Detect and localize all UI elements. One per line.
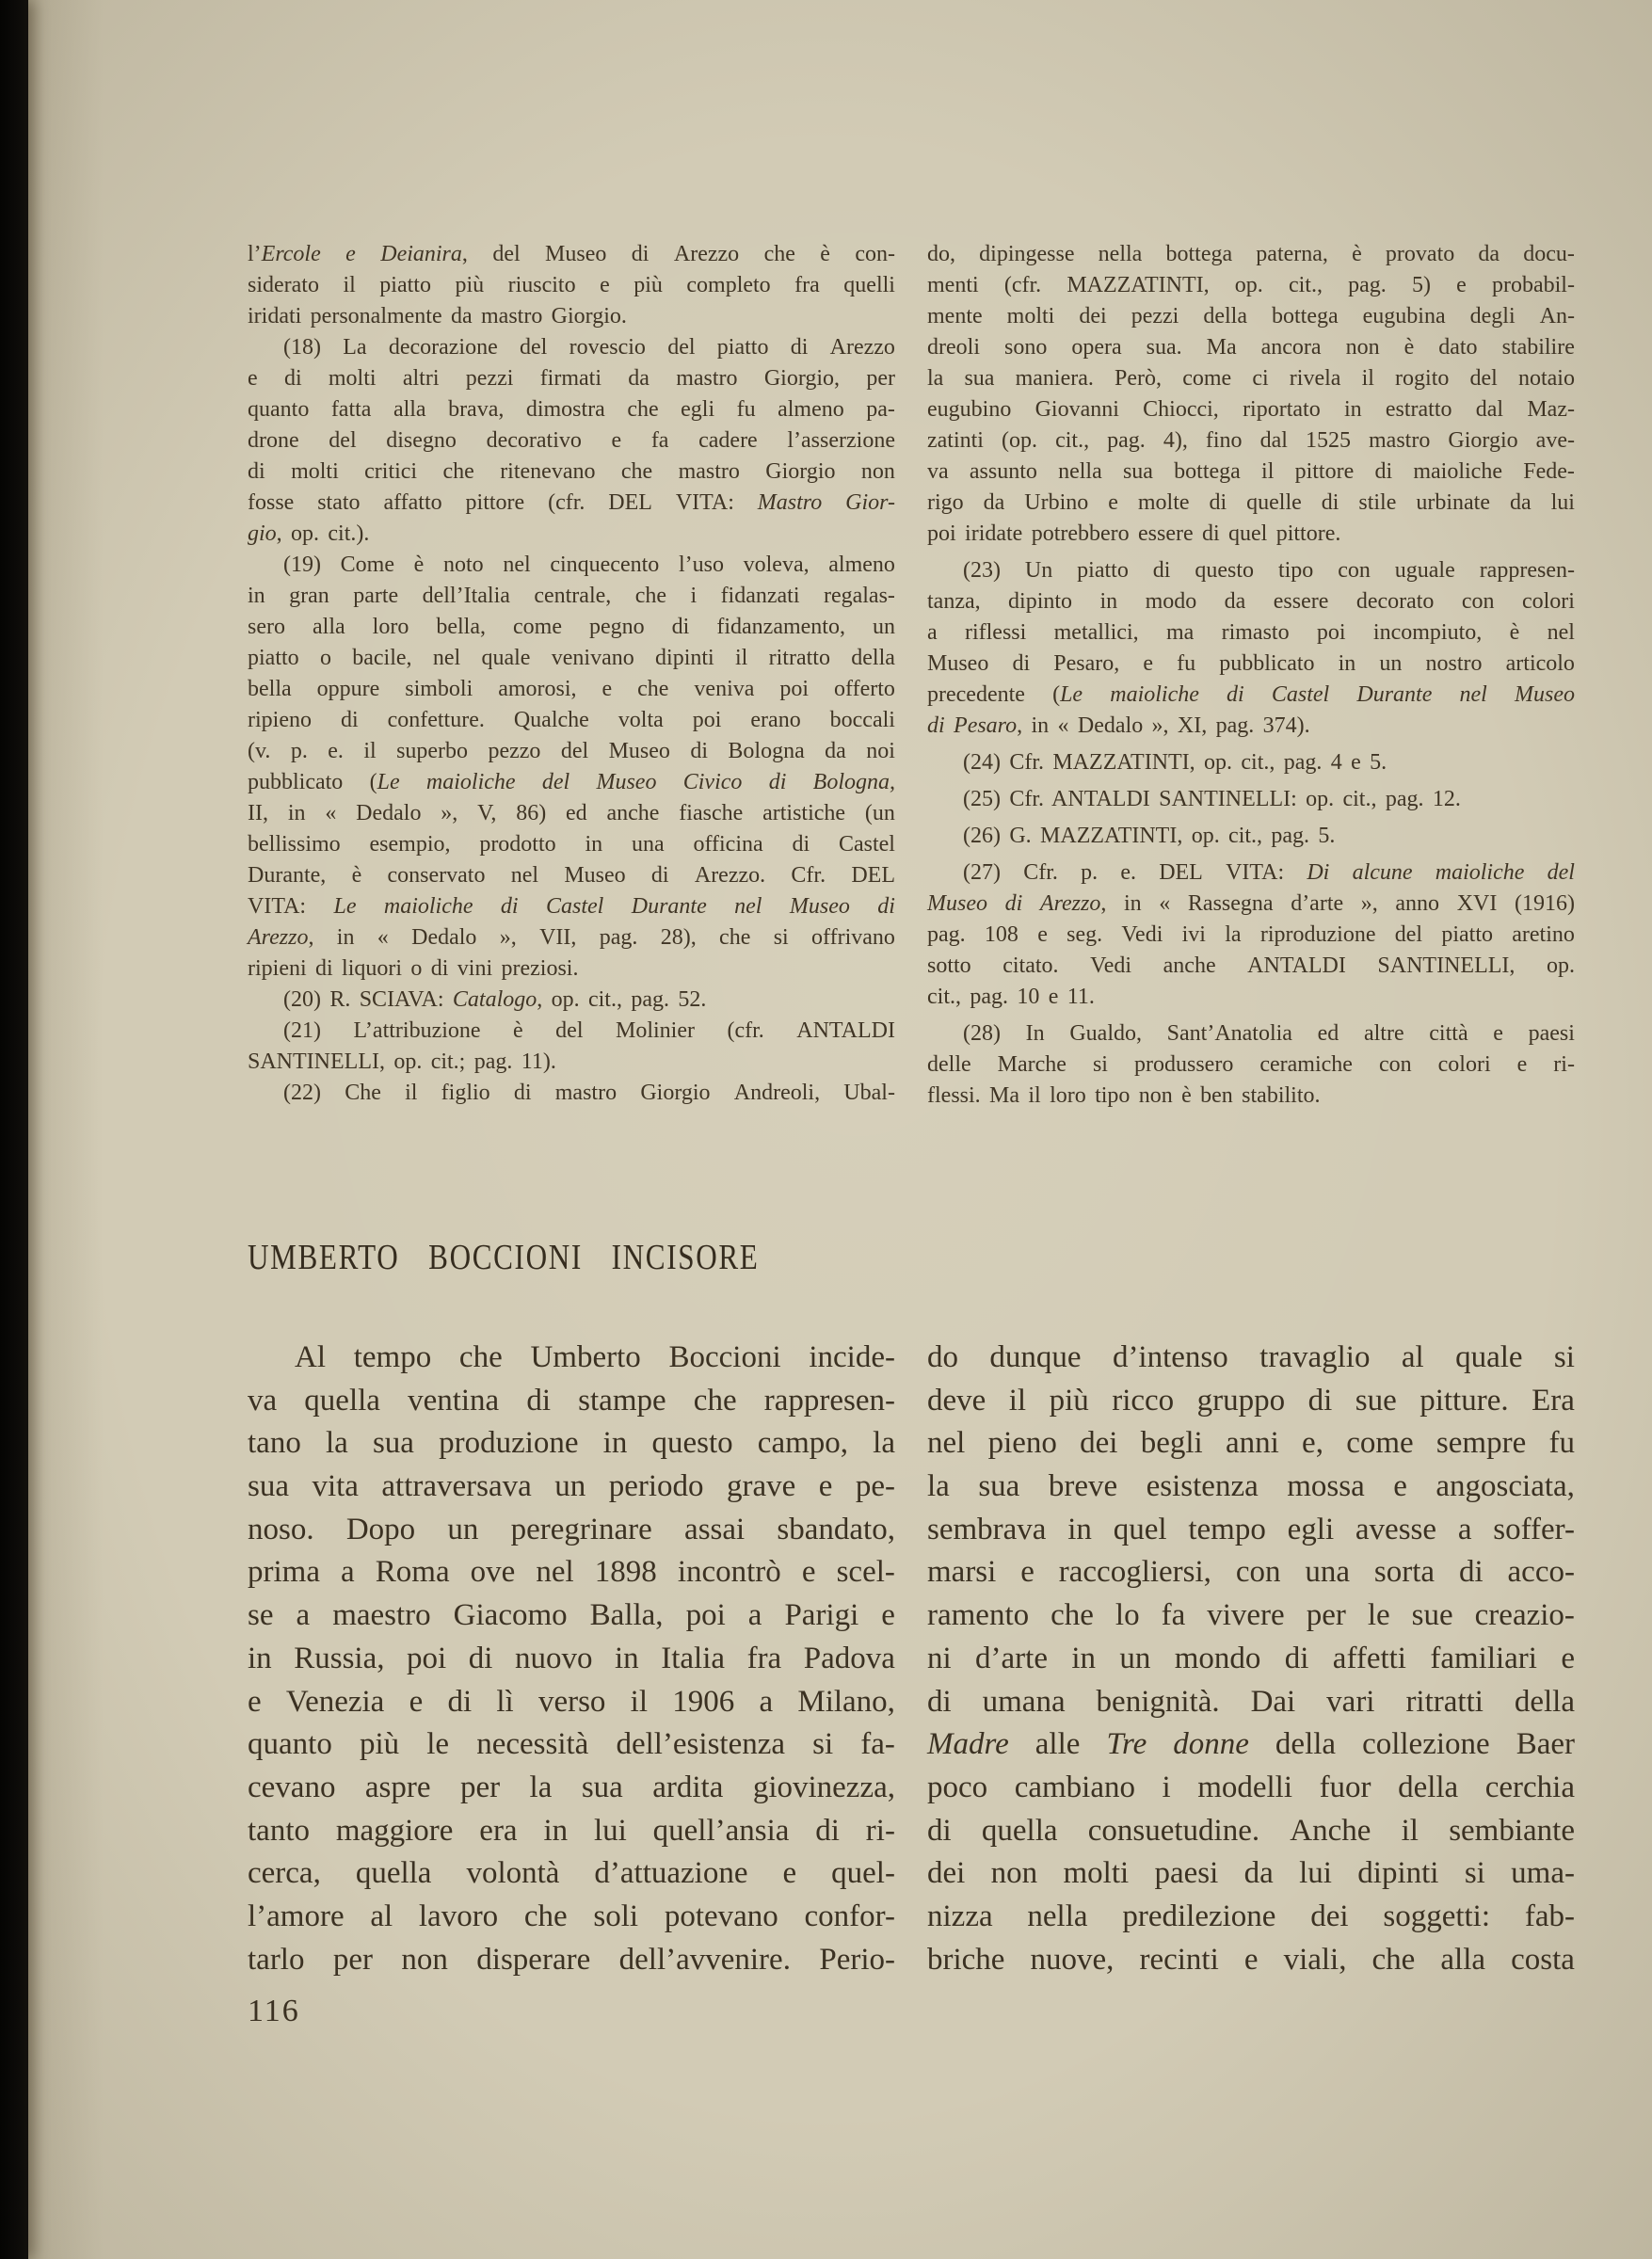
word: molti xyxy=(291,457,339,488)
word: opera xyxy=(1071,332,1121,363)
word: alla xyxy=(1440,1939,1485,1982)
word: (18) xyxy=(283,332,321,363)
text-line: lasuabreveesistenzamossaeangosciata, xyxy=(927,1466,1575,1509)
word: della xyxy=(851,643,895,674)
word: fab- xyxy=(1525,1896,1575,1939)
word: Parigi xyxy=(784,1594,858,1638)
text-line: eugubinoGiovanniChiocci,riportatoinestra… xyxy=(927,394,1575,425)
text-line: delleMarchesiprodusseroceramicheconcolor… xyxy=(927,1049,1575,1081)
text-line: iridati personalmente da mastro Giorgio. xyxy=(248,301,895,332)
word: umana xyxy=(983,1681,1066,1724)
word: un xyxy=(1119,1638,1150,1681)
word: sua xyxy=(373,1422,414,1466)
word: firmati xyxy=(540,363,601,394)
word: molti xyxy=(1063,1852,1129,1896)
word: o xyxy=(320,643,331,674)
word: più xyxy=(455,270,484,301)
word: dell’Italia xyxy=(423,581,510,612)
word: di xyxy=(1322,488,1339,519)
word: Castel xyxy=(839,829,895,860)
word: d’attuazione xyxy=(594,1852,747,1896)
word: anche xyxy=(607,798,660,829)
word: da xyxy=(825,736,846,767)
word: 5) xyxy=(1412,270,1431,301)
word: la xyxy=(873,1422,895,1466)
word: alle xyxy=(1035,1723,1081,1767)
word: almeno xyxy=(828,550,895,581)
word: do, xyxy=(927,239,955,270)
word: è xyxy=(513,1016,523,1047)
word: rovescio xyxy=(569,332,646,363)
word: riflessi xyxy=(965,617,1026,649)
word: che xyxy=(635,581,666,612)
word: è xyxy=(352,860,362,891)
word: esistenza xyxy=(1147,1466,1259,1509)
word: non xyxy=(1346,332,1380,363)
word: di xyxy=(792,829,810,860)
word: raccogliersi, xyxy=(1059,1551,1211,1594)
text-line: tanza,dipintoinmododaesseredecoratoconco… xyxy=(927,586,1575,617)
word: briche xyxy=(927,1939,1004,1982)
word: rogito xyxy=(1395,363,1449,394)
word: e xyxy=(1393,1466,1407,1509)
word: più xyxy=(634,270,663,301)
word: di xyxy=(769,767,787,798)
word: disperare xyxy=(476,1939,590,1982)
word: e xyxy=(1456,270,1467,301)
word: di xyxy=(1153,555,1171,586)
text-line: lasuamaniera.Però,comecirivelailrogitode… xyxy=(927,363,1575,394)
word: e xyxy=(1493,1018,1503,1049)
word: nuove, xyxy=(1031,1939,1115,1982)
section-heading: UMBERTO BOCCIONI INCISORE xyxy=(248,1237,759,1278)
word: incide- xyxy=(809,1337,895,1380)
word: eugubino xyxy=(927,394,1011,425)
word: menti xyxy=(927,270,979,301)
word: di xyxy=(672,612,690,643)
word: la xyxy=(927,363,943,394)
word: da xyxy=(1244,1852,1274,1896)
word: Arezzo xyxy=(674,239,739,270)
word: la xyxy=(927,1466,950,1509)
text-line: seamaestroGiacomoBalla,poiaParigie xyxy=(248,1594,895,1638)
word: Giovanni xyxy=(1035,394,1119,425)
word: officina xyxy=(693,829,762,860)
word: e xyxy=(600,270,610,301)
word: Civico xyxy=(683,767,743,798)
word: quelli xyxy=(843,270,895,301)
word: ramento xyxy=(927,1594,1029,1638)
text-line: (25) Cfr. ANTALDI SANTINELLI: op. cit., … xyxy=(927,784,1575,815)
word: Qualche xyxy=(514,705,589,736)
text-line: nelpienodeibegliannie,comesemprefu xyxy=(927,1422,1575,1466)
word: Durante xyxy=(1356,680,1432,711)
word: a xyxy=(1458,1509,1472,1552)
word: amorosi, xyxy=(498,674,576,705)
word: il xyxy=(405,1078,417,1109)
word: paesi xyxy=(1155,1852,1219,1896)
word: pag. xyxy=(1107,425,1146,457)
word: molte xyxy=(1138,488,1190,519)
text-line: dodunqued’intensotravaglioalqualesi xyxy=(927,1337,1575,1380)
word: maioliche xyxy=(1413,457,1502,488)
word: alcune xyxy=(1353,857,1413,889)
word: per xyxy=(1307,1594,1346,1638)
word: sembrava xyxy=(927,1509,1046,1552)
word: campo, xyxy=(758,1422,848,1466)
word: di xyxy=(927,1681,952,1724)
word: si xyxy=(812,1723,833,1767)
word: (27) xyxy=(963,857,1001,889)
word: di xyxy=(1308,1380,1333,1423)
word: nel xyxy=(433,643,460,674)
word: siderato xyxy=(248,270,319,301)
word: sorta xyxy=(1374,1551,1435,1594)
word: consuetudine. xyxy=(1088,1810,1259,1853)
word: vita xyxy=(312,1466,358,1509)
word: maioliche xyxy=(1435,857,1525,889)
word: produzione xyxy=(439,1422,578,1466)
word: p. xyxy=(291,736,308,767)
word: di xyxy=(514,1078,532,1109)
word: cinquecento xyxy=(550,550,659,581)
word: Mastro xyxy=(758,488,822,519)
word: di xyxy=(284,363,302,394)
word: anni xyxy=(1226,1422,1279,1466)
word: Umberto xyxy=(530,1337,640,1380)
word: VII, xyxy=(539,922,576,953)
binding-shadow-strip xyxy=(0,0,28,2259)
word: pag. xyxy=(927,920,966,951)
word: quel xyxy=(1114,1509,1167,1552)
word: ripieno xyxy=(248,705,312,736)
scanned-book-page: { "heading": "UMBERTO BOCCIONI INCISORE"… xyxy=(0,0,1652,2259)
word: che xyxy=(764,239,795,270)
word: nel xyxy=(1548,617,1575,649)
word: centrale, xyxy=(534,581,611,612)
word: questo xyxy=(1195,555,1254,586)
word: tarlo xyxy=(248,1939,304,1982)
body-column-right: dodunqued’intensotravaglioalqualesidevei… xyxy=(927,1337,1575,1981)
word: fino xyxy=(1206,425,1243,457)
word: ci xyxy=(1252,363,1268,394)
word: begli xyxy=(1141,1422,1203,1466)
text-line: (26) G. MAZZATINTI, op. cit., pag. 5. xyxy=(927,821,1575,852)
word: per xyxy=(460,1767,500,1810)
text-line: primaaRomaovenel1898incontròescel- xyxy=(248,1551,895,1594)
word: cit., xyxy=(1289,270,1323,301)
word: In xyxy=(1026,1018,1045,1049)
word: in xyxy=(248,581,265,612)
word: da xyxy=(628,363,650,394)
paragraph: (22)CheilfigliodimastroGiorgioAndreoli,U… xyxy=(248,1078,895,1109)
text-line: sideratoilpiattopiùriuscitoepiùcompletof… xyxy=(248,270,895,301)
word: di xyxy=(341,705,359,736)
word: e xyxy=(1037,920,1048,951)
word: l’asserzione xyxy=(787,425,895,457)
word: Dedalo xyxy=(356,798,421,829)
word: « xyxy=(1159,889,1170,920)
word: quella xyxy=(304,1380,380,1423)
word: altri xyxy=(403,363,440,394)
word: fra xyxy=(794,270,820,301)
word: e. xyxy=(328,736,344,767)
word: di xyxy=(469,1638,493,1681)
text-line: ramentochelofavivereperlesuecreazio- xyxy=(927,1594,1575,1638)
word: che xyxy=(621,457,652,488)
word: sua xyxy=(964,363,994,394)
word: L’attribuzione xyxy=(353,1016,480,1047)
word: pittore xyxy=(466,488,525,519)
word: che xyxy=(442,457,473,488)
word: la xyxy=(530,1767,553,1810)
word: veniva xyxy=(694,674,754,705)
word: essere xyxy=(1274,586,1329,617)
word: i xyxy=(690,581,697,612)
word: rappresen- xyxy=(764,1380,895,1423)
word: tanza, xyxy=(927,586,981,617)
word: zatinti xyxy=(927,425,984,457)
word: aretino xyxy=(1512,920,1575,951)
word: mastro xyxy=(676,363,737,394)
word: quelle xyxy=(1246,488,1302,519)
word: maggiore xyxy=(336,1810,454,1853)
word: pe- xyxy=(856,1466,895,1509)
word: Italia xyxy=(661,1638,725,1681)
word: aspre xyxy=(365,1767,431,1810)
word: da xyxy=(1225,586,1246,617)
word: do xyxy=(927,1337,958,1380)
word: ri- xyxy=(866,1810,895,1853)
word: conservato xyxy=(387,860,485,891)
word: piatto xyxy=(248,643,299,674)
word: assai xyxy=(684,1509,745,1552)
word: si xyxy=(774,922,789,953)
text-line: (23)Unpiattodiquestotipoconugualerappres… xyxy=(927,555,1575,586)
word: nel xyxy=(511,860,538,891)
text-line: vaassuntonellasuabottegailpittoredimaiol… xyxy=(927,457,1575,488)
text-line: marsieraccogliersi,conunasortadiacco- xyxy=(927,1551,1575,1594)
text-line: II,in«Dedalo»,V,86)edanchefiascheartisti… xyxy=(248,798,895,829)
word: tano xyxy=(248,1422,301,1466)
text-line: pag.108eseg.Vediivilariproduzionedelpiat… xyxy=(927,920,1575,951)
word: produssero xyxy=(1134,1049,1233,1081)
word: fra xyxy=(747,1638,782,1681)
word: affatto xyxy=(383,488,441,519)
word: bottega xyxy=(1272,301,1339,332)
word: Però, xyxy=(1115,363,1162,394)
word: dipingesse xyxy=(979,239,1074,270)
word: Le xyxy=(333,891,356,922)
word: che xyxy=(459,1337,503,1380)
word: affetti xyxy=(1333,1638,1406,1681)
word: sembiante xyxy=(1449,1810,1575,1853)
word: in xyxy=(1067,1509,1092,1552)
text-line: deinonmoltipaesidaluidipintisiuma- xyxy=(927,1852,1575,1896)
word: piatto xyxy=(1077,555,1129,586)
word: un xyxy=(873,612,895,643)
word: rigo xyxy=(927,488,964,519)
word: stampe xyxy=(578,1380,666,1423)
word: stato xyxy=(317,488,360,519)
word: giovinezza, xyxy=(753,1767,895,1810)
word: metallici, xyxy=(1054,617,1139,649)
word: ritratto xyxy=(769,643,830,674)
text-line: MuseodiArezzo,in«Rassegnad’arte»,annoXVI… xyxy=(927,889,1575,920)
word: Giorgio xyxy=(765,457,835,488)
text-line: dimolticriticicheritenevanochemastroGior… xyxy=(248,457,895,488)
word: città xyxy=(1429,1018,1468,1049)
word: di xyxy=(690,736,708,767)
word: a xyxy=(748,1594,762,1638)
word: era xyxy=(479,1810,517,1853)
word: attraversava xyxy=(381,1466,531,1509)
word: di xyxy=(1285,1638,1309,1681)
word: sue xyxy=(1355,1380,1397,1423)
word: verso xyxy=(538,1681,605,1724)
word: (v. xyxy=(248,736,270,767)
word: al xyxy=(370,1896,393,1939)
word: soffer- xyxy=(1493,1509,1575,1552)
word: sono xyxy=(1004,332,1047,363)
word: bella, xyxy=(436,612,486,643)
word: Di xyxy=(1307,857,1329,889)
word: vivere xyxy=(1207,1594,1284,1638)
word: fu xyxy=(737,394,756,425)
text-line: ingranpartedell’Italiacentrale,cheifidan… xyxy=(248,581,895,612)
word: DEL xyxy=(851,860,895,891)
paragraph: (26) G. MAZZATINTI, op. cit., pag. 5. xyxy=(927,821,1575,852)
word: l’Ercole xyxy=(248,239,321,270)
word: e xyxy=(248,1681,262,1724)
text-line: seroallalorobella,comepegnodifidanzament… xyxy=(248,612,895,643)
word: poi xyxy=(407,1638,446,1681)
word: Che xyxy=(345,1078,381,1109)
word: (21) xyxy=(283,1016,321,1047)
word: pubblicato xyxy=(1219,649,1314,680)
word: anno xyxy=(1395,889,1439,920)
word: stabilire xyxy=(1502,332,1575,363)
word: delle xyxy=(927,1049,971,1081)
text-line: pubblicato(LemaiolichedelMuseoCivicodiBo… xyxy=(248,767,895,798)
word: e xyxy=(1561,1638,1575,1681)
word: di xyxy=(791,332,809,363)
text-line: quantopiùlenecessitàdell’esistenzasifa- xyxy=(248,1723,895,1767)
footnotes-column-left: l’ErcoleeDeianira,delMuseodiArezzocheèco… xyxy=(248,239,895,1109)
word: « xyxy=(325,798,336,829)
word: p. xyxy=(1081,857,1098,889)
text-line: ripienodiconfetture.Qualchevoltapoierano… xyxy=(248,705,895,736)
word: fuor xyxy=(1320,1767,1371,1810)
word: degli xyxy=(1470,301,1516,332)
word: collezione xyxy=(1362,1723,1490,1767)
word: 4), xyxy=(1163,425,1188,457)
word: notaio xyxy=(1518,363,1575,394)
word: sua xyxy=(582,1767,623,1810)
word: anche xyxy=(1163,951,1216,982)
word: della xyxy=(1275,1723,1336,1767)
word: Marche xyxy=(998,1049,1067,1081)
word: fu xyxy=(1177,649,1195,680)
word: in xyxy=(1124,889,1142,920)
word: dal xyxy=(1476,394,1503,425)
word: », xyxy=(441,798,457,829)
word: volontà xyxy=(466,1852,559,1896)
word: Durante xyxy=(632,891,707,922)
word: bella xyxy=(248,674,292,705)
word: Urbino xyxy=(1024,488,1088,519)
paragraph: dodunqued’intensotravaglioalqualesidevei… xyxy=(927,1337,1575,1981)
word: con- xyxy=(855,239,895,270)
word: pag. xyxy=(600,922,638,953)
text-line: SANTINELLI, op. cit.; pag. 11). xyxy=(248,1047,895,1078)
word: nostro xyxy=(1426,649,1483,680)
word: Museo xyxy=(1515,680,1575,711)
word: nel xyxy=(536,1551,573,1594)
text-line: inRussia,poidinuovoinItaliafraPadova xyxy=(248,1638,895,1681)
word: altre xyxy=(1364,1018,1404,1049)
paragraph: (23)Unpiattodiquestotipoconugualerappres… xyxy=(927,555,1575,742)
word: 86) xyxy=(516,798,546,829)
word: maioliche xyxy=(1110,680,1199,711)
text-line: VITA:LemaiolichediCastelDurantenelMuseod… xyxy=(248,891,895,922)
word: in xyxy=(585,829,602,860)
word: Museo xyxy=(596,767,656,798)
word: colori xyxy=(1522,586,1575,617)
word: Balla, xyxy=(590,1594,664,1638)
word: fu xyxy=(1548,1422,1575,1466)
word: la xyxy=(326,1422,348,1466)
text-line: nid’arteinunmondodiaffettifamiliarie xyxy=(927,1638,1575,1681)
word: di xyxy=(651,860,669,891)
word: Andreoli, xyxy=(734,1078,820,1109)
word: e xyxy=(602,674,613,705)
word: pa- xyxy=(866,394,895,425)
word: d’intenso xyxy=(1113,1337,1228,1380)
word: le xyxy=(1368,1594,1390,1638)
word: sua. xyxy=(1147,332,1182,363)
word: da xyxy=(984,488,1005,519)
word: modelli xyxy=(1197,1767,1292,1810)
word: per xyxy=(333,1939,373,1982)
text-line: l’amoreallavorochesolipotevanoconfor- xyxy=(248,1896,895,1939)
word: e xyxy=(1108,488,1118,519)
word: Castel xyxy=(1272,680,1329,711)
word: mente xyxy=(927,301,983,332)
word: Museo xyxy=(609,736,670,767)
word: sempre xyxy=(1436,1422,1526,1466)
word: Museo xyxy=(790,891,850,922)
word: ardita xyxy=(652,1767,723,1810)
word: Vedi xyxy=(1121,920,1163,951)
word: fa- xyxy=(860,1723,895,1767)
word: sua xyxy=(978,1466,1019,1509)
word: Arezzo, xyxy=(248,922,313,953)
word: di xyxy=(1005,889,1023,920)
word: è xyxy=(1404,332,1415,363)
word: Maz- xyxy=(1527,394,1575,425)
word: Rassegna xyxy=(1188,889,1274,920)
word: boccali xyxy=(830,705,895,736)
word: quanto xyxy=(248,1723,332,1767)
word: Museo xyxy=(927,889,987,920)
word: più xyxy=(360,1723,399,1767)
word: Roma xyxy=(376,1551,450,1594)
word: piatto xyxy=(717,332,769,363)
paragraph: do,dipingessenellabottegapaterna,èprovat… xyxy=(927,239,1575,550)
word: dal xyxy=(1260,425,1288,457)
word: nuovo xyxy=(515,1638,593,1681)
